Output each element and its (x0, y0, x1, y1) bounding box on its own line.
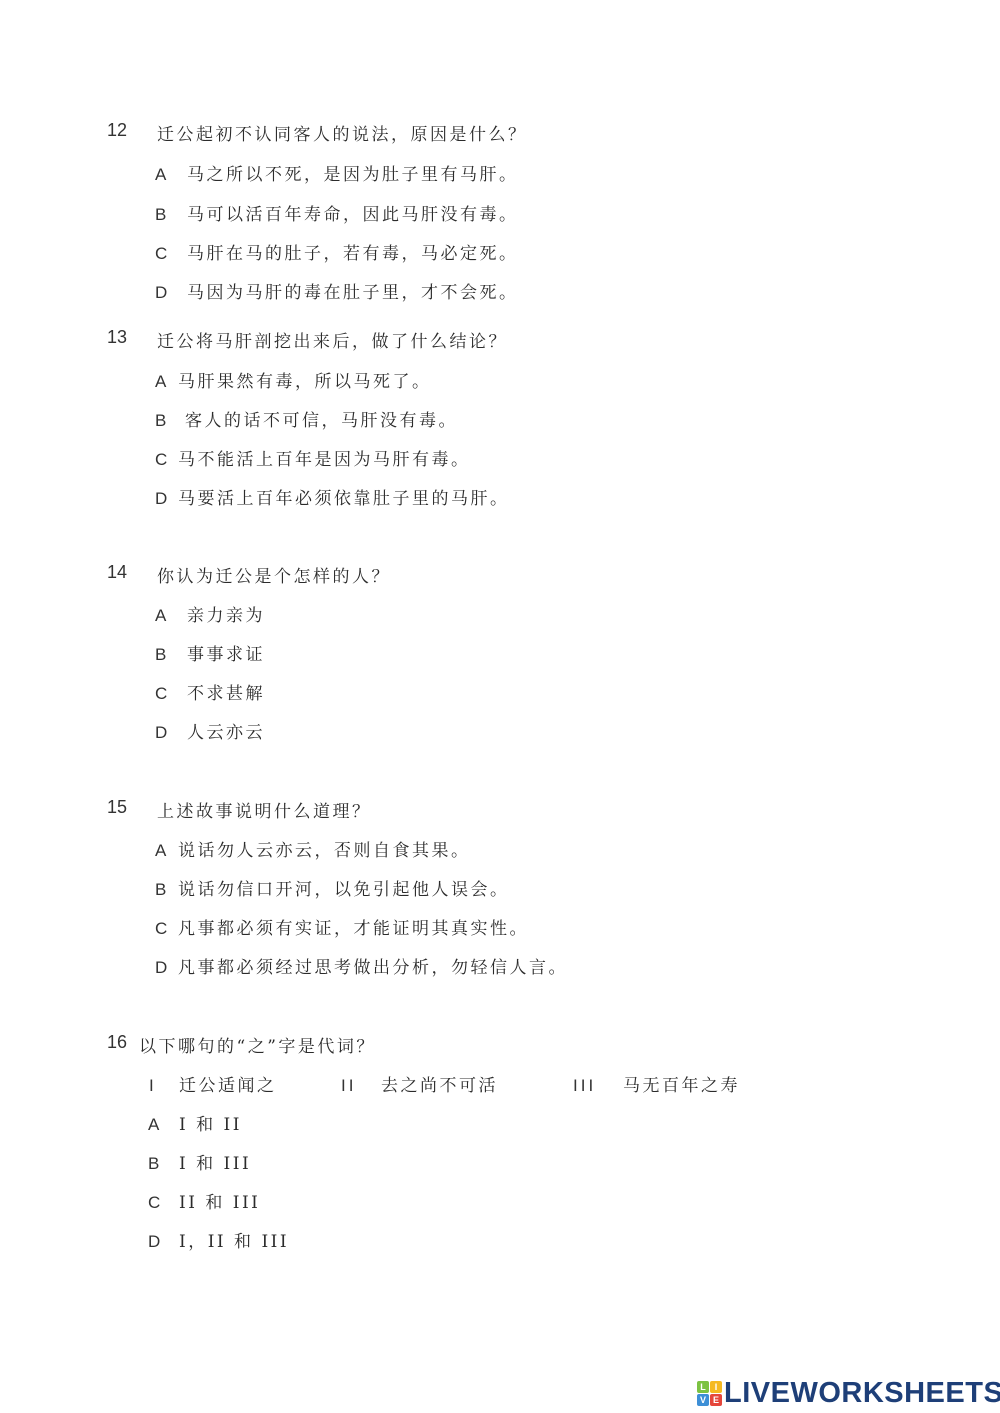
statement-numeral: II (341, 1076, 381, 1096)
option-a[interactable]: A说话勿人云亦云，否则自食其果。 (155, 836, 471, 861)
question-text: 你认为迁公是个怎样的人？ (157, 562, 391, 587)
option-text: I，II 和 III (179, 1232, 289, 1252)
option-c[interactable]: C不求甚解 (155, 679, 265, 704)
option-letter: A (155, 841, 178, 861)
statement-i: I迁公适闻之 (149, 1071, 277, 1096)
option-letter: A (155, 372, 178, 392)
option-text: 说话勿人云亦云，否则自食其果。 (178, 841, 471, 861)
statement-numeral: I (149, 1076, 179, 1096)
logo-text: LIVEWORKSHEETS (724, 1379, 1000, 1407)
option-letter: A (148, 1115, 179, 1135)
option-letter: B (155, 645, 187, 665)
question-text: 以下哪句的“之”字是代词？ (139, 1032, 376, 1057)
option-text: 凡事都必须有实证，才能证明其真实性。 (178, 919, 529, 939)
statement-ii: II去之尚不可活 (341, 1071, 498, 1096)
statement-text: 迁公适闻之 (179, 1076, 277, 1096)
option-text: 马因为马肝的毒在肚子里，才不会死。 (187, 283, 519, 303)
option-b[interactable]: B事事求证 (155, 640, 265, 665)
option-text: 凡事都必须经过思考做出分析，勿轻信人言。 (178, 958, 568, 978)
option-letter: C (155, 684, 187, 704)
option-text: 马可以活百年寿命，因此马肝没有毒。 (187, 205, 519, 225)
option-c[interactable]: C马肝在马的肚子，若有毒，马必定死。 (155, 239, 519, 264)
option-c[interactable]: C马不能活上百年是因为马肝有毒。 (155, 445, 471, 470)
option-letter: B (155, 880, 178, 900)
option-a[interactable]: A马肝果然有毒，所以马死了。 (155, 367, 432, 392)
logo-square-v: V (697, 1394, 709, 1406)
logo-square-i: I (710, 1381, 722, 1393)
option-b[interactable]: B说话勿信口开河，以免引起他人误会。 (155, 875, 510, 900)
option-letter: B (155, 411, 185, 431)
option-d[interactable]: D马要活上百年必须依靠肚子里的马肝。 (155, 484, 510, 509)
option-a[interactable]: A马之所以不死，是因为肚子里有马肝。 (155, 160, 519, 185)
option-text: 亲力亲为 (187, 606, 265, 626)
option-text: I 和 III (179, 1154, 251, 1174)
question-number: 13 (107, 327, 127, 348)
option-text: 马肝在马的肚子，若有毒，马必定死。 (187, 244, 519, 264)
option-d[interactable]: D马因为马肝的毒在肚子里，才不会死。 (155, 278, 519, 303)
question-number: 12 (107, 120, 127, 141)
option-b[interactable]: BI 和 III (148, 1149, 251, 1174)
option-letter: D (155, 283, 187, 303)
option-text: 客人的话不可信，马肝没有毒。 (185, 411, 458, 431)
option-d[interactable]: D人云亦云 (155, 718, 265, 743)
option-letter: C (155, 450, 178, 470)
option-a[interactable]: A亲力亲为 (155, 601, 265, 626)
option-text: 说话勿信口开河，以免引起他人误会。 (178, 880, 510, 900)
logo-squares-icon: L I V E (697, 1381, 722, 1406)
option-text: I 和 II (179, 1115, 242, 1135)
question-text: 迁公起初不认同客人的说法，原因是什么？ (157, 120, 528, 145)
option-d[interactable]: D凡事都必须经过思考做出分析，勿轻信人言。 (155, 953, 568, 978)
option-letter: B (155, 205, 187, 225)
question-text: 上述故事说明什么道理？ (157, 797, 372, 822)
option-letter: C (155, 919, 178, 939)
question-number: 16 (107, 1032, 127, 1053)
option-letter: A (155, 606, 187, 626)
logo-square-e: E (710, 1394, 722, 1406)
option-letter: D (155, 958, 178, 978)
question-number: 15 (107, 797, 127, 818)
option-d[interactable]: DI，II 和 III (148, 1227, 289, 1252)
option-a[interactable]: AI 和 II (148, 1110, 242, 1135)
option-letter: B (148, 1154, 179, 1174)
option-text: II 和 III (179, 1193, 260, 1213)
option-text: 马要活上百年必须依靠肚子里的马肝。 (178, 489, 510, 509)
liveworksheets-logo: L I V E LIVEWORKSHEETS (697, 1379, 1000, 1407)
option-letter: D (155, 489, 178, 509)
logo-square-l: L (697, 1381, 709, 1393)
statement-numeral: III (573, 1076, 623, 1096)
statement-text: 去之尚不可活 (381, 1076, 498, 1096)
option-text: 人云亦云 (187, 723, 265, 743)
option-letter: D (148, 1232, 179, 1252)
question-text: 迁公将马肝剖挖出来后，做了什么结论？ (157, 327, 508, 352)
option-text: 马肝果然有毒，所以马死了。 (178, 372, 432, 392)
option-c[interactable]: C凡事都必须有实证，才能证明其真实性。 (155, 914, 529, 939)
option-b[interactable]: B客人的话不可信，马肝没有毒。 (155, 406, 458, 431)
option-text: 马不能活上百年是因为马肝有毒。 (178, 450, 471, 470)
question-number: 14 (107, 562, 127, 583)
option-letter: C (148, 1193, 179, 1213)
statement-text: 马无百年之寿 (623, 1076, 740, 1096)
option-letter: A (155, 165, 187, 185)
option-b[interactable]: B马可以活百年寿命，因此马肝没有毒。 (155, 200, 519, 225)
option-text: 不求甚解 (187, 684, 265, 704)
option-c[interactable]: CII 和 III (148, 1188, 260, 1213)
statement-iii: III马无百年之寿 (573, 1071, 740, 1096)
option-text: 马之所以不死，是因为肚子里有马肝。 (187, 165, 519, 185)
option-letter: D (155, 723, 187, 743)
option-text: 事事求证 (187, 645, 265, 665)
option-letter: C (155, 244, 187, 264)
